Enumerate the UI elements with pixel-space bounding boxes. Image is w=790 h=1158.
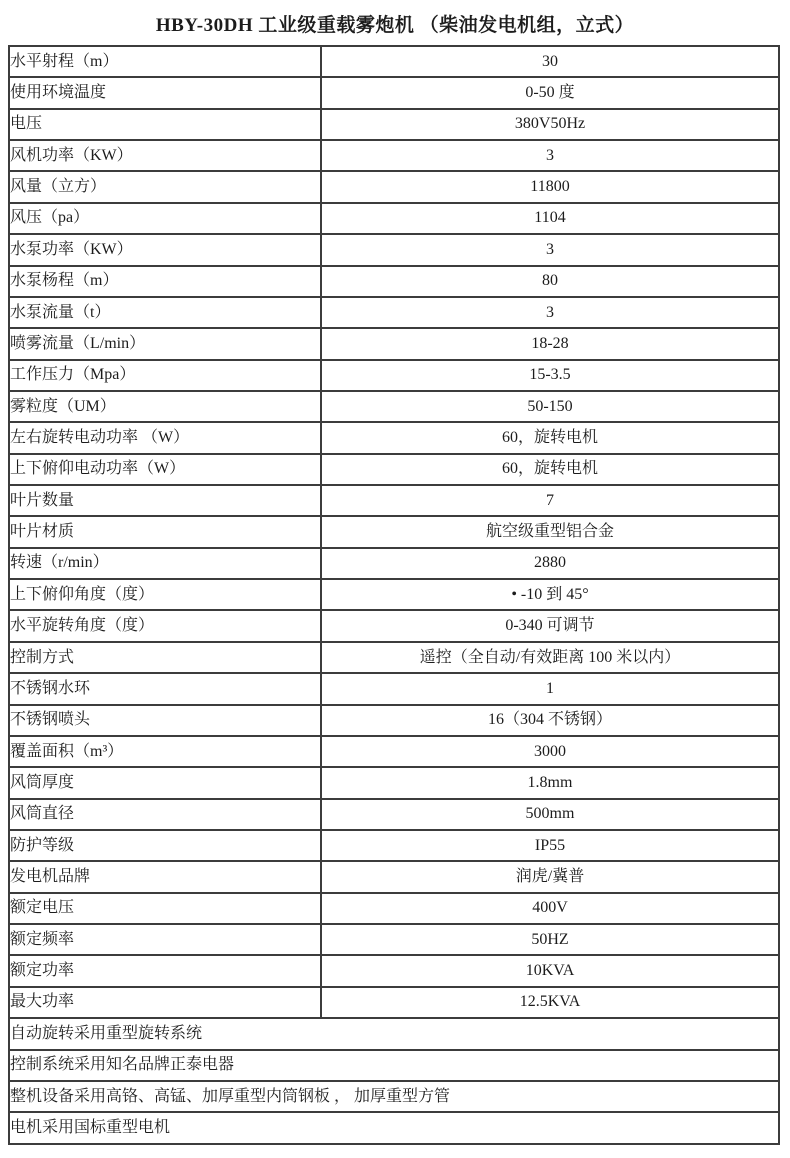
table-row: 防护等级IP55 [9,830,779,861]
spec-value: 15-3.5 [321,360,779,391]
table-row: 水泵流量（t）3 [9,297,779,328]
feature-text: 整机设备采用高铬、高锰、加厚重型内筒钢板 ， 加厚重型方管 [9,1081,779,1112]
table-row: 水平射程（m）30 [9,46,779,77]
spec-label: 喷雾流量（L/min） [9,328,321,359]
feature-text: 电机采用国标重型电机 [9,1112,779,1143]
spec-label: 左右旋转电动功率 （W） [9,422,321,453]
table-row-feature: 控制系统采用知名品牌正泰电器 [9,1050,779,1081]
spec-value: 1.8mm [321,767,779,798]
spec-value: • -10 到 45° [321,579,779,610]
spec-value: 50-150 [321,391,779,422]
spec-value: 11800 [321,171,779,202]
table-row: 上下俯仰角度（度）• -10 到 45° [9,579,779,610]
feature-text: 自动旋转采用重型旋转系统 [9,1018,779,1049]
spec-label: 最大功率 [9,987,321,1018]
spec-value: 遥控（全自动/有效距离 100 米以内） [321,642,779,673]
spec-value: 12.5KVA [321,987,779,1018]
spec-label: 水平旋转角度（度） [9,610,321,641]
spec-value: 润虎/冀普 [321,861,779,892]
spec-label: 水平射程（m） [9,46,321,77]
spec-label: 叶片材质 [9,516,321,547]
spec-label: 风筒厚度 [9,767,321,798]
table-row: 风压（pa）1104 [9,203,779,234]
spec-value: 1104 [321,203,779,234]
spec-value: 400V [321,893,779,924]
spec-value: 50HZ [321,924,779,955]
table-row: 水平旋转角度（度）0-340 可调节 [9,610,779,641]
table-row: 水泵杨程（m）80 [9,266,779,297]
table-row-feature: 自动旋转采用重型旋转系统 [9,1018,779,1049]
table-row: 额定功率10KVA [9,955,779,986]
spec-value: 航空级重型铝合金 [321,516,779,547]
spec-value: 80 [321,266,779,297]
table-row: 雾粒度（UM）50-150 [9,391,779,422]
table-row: 控制方式遥控（全自动/有效距离 100 米以内） [9,642,779,673]
spec-label: 风筒直径 [9,799,321,830]
table-row: 风筒直径500mm [9,799,779,830]
table-row: 发电机品牌润虎/冀普 [9,861,779,892]
spec-label: 控制方式 [9,642,321,673]
spec-table: 水平射程（m）30使用环境温度0-50 度电压380V50Hz风机功率（KW）3… [8,45,780,1145]
spec-label: 额定频率 [9,924,321,955]
spec-value: 60，旋转电机 [321,454,779,485]
spec-value: 3 [321,140,779,171]
spec-label: 发电机品牌 [9,861,321,892]
spec-value: 7 [321,485,779,516]
table-row: 工作压力（Mpa）15-3.5 [9,360,779,391]
spec-label: 水泵功率（KW） [9,234,321,265]
table-row: 不锈钢水环1 [9,673,779,704]
spec-label: 风压（pa） [9,203,321,234]
spec-label: 上下俯仰角度（度） [9,579,321,610]
spec-value: 3 [321,297,779,328]
spec-value: 16（304 不锈钢） [321,705,779,736]
table-row: 额定电压400V [9,893,779,924]
table-row: 风筒厚度1.8mm [9,767,779,798]
spec-label: 覆盖面积（m³） [9,736,321,767]
table-row: 上下俯仰电动功率（W）60，旋转电机 [9,454,779,485]
table-row-feature: 电机采用国标重型电机 [9,1112,779,1143]
spec-value: 30 [321,46,779,77]
spec-value: 3 [321,234,779,265]
table-row: 电压380V50Hz [9,109,779,140]
spec-label: 水泵杨程（m） [9,266,321,297]
table-row: 转速（r/min）2880 [9,548,779,579]
spec-label: 雾粒度（UM） [9,391,321,422]
table-row-feature: 整机设备采用高铬、高锰、加厚重型内筒钢板 ， 加厚重型方管 [9,1081,779,1112]
table-row: 使用环境温度0-50 度 [9,77,779,108]
table-row: 叶片数量7 [9,485,779,516]
spec-label: 叶片数量 [9,485,321,516]
spec-label: 使用环境温度 [9,77,321,108]
table-row: 喷雾流量（L/min）18-28 [9,328,779,359]
feature-text: 控制系统采用知名品牌正泰电器 [9,1050,779,1081]
spec-label: 额定功率 [9,955,321,986]
spec-value: 10KVA [321,955,779,986]
table-row: 最大功率12.5KVA [9,987,779,1018]
spec-label: 额定电压 [9,893,321,924]
table-row: 叶片材质航空级重型铝合金 [9,516,779,547]
spec-value: 0-340 可调节 [321,610,779,641]
spec-label: 不锈钢喷头 [9,705,321,736]
spec-label: 不锈钢水环 [9,673,321,704]
spec-label: 风机功率（KW） [9,140,321,171]
spec-label: 工作压力（Mpa） [9,360,321,391]
spec-label: 水泵流量（t） [9,297,321,328]
table-row: 覆盖面积（m³）3000 [9,736,779,767]
spec-value: IP55 [321,830,779,861]
table-row: 左右旋转电动功率 （W）60，旋转电机 [9,422,779,453]
table-row: 风量（立方）11800 [9,171,779,202]
page-title: HBY-30DH 工业级重载雾炮机 （柴油发电机组，立式） [0,10,790,37]
table-row: 风机功率（KW）3 [9,140,779,171]
spec-value: 380V50Hz [321,109,779,140]
spec-value: 500mm [321,799,779,830]
spec-table-body: 水平射程（m）30使用环境温度0-50 度电压380V50Hz风机功率（KW）3… [9,46,779,1144]
table-row: 额定频率50HZ [9,924,779,955]
spec-label: 风量（立方） [9,171,321,202]
spec-value: 1 [321,673,779,704]
spec-label: 电压 [9,109,321,140]
spec-label: 转速（r/min） [9,548,321,579]
spec-value: 2880 [321,548,779,579]
spec-label: 防护等级 [9,830,321,861]
table-row: 水泵功率（KW）3 [9,234,779,265]
spec-value: 60，旋转电机 [321,422,779,453]
table-row: 不锈钢喷头16（304 不锈钢） [9,705,779,736]
spec-label: 上下俯仰电动功率（W） [9,454,321,485]
spec-value: 18-28 [321,328,779,359]
spec-value: 0-50 度 [321,77,779,108]
spec-value: 3000 [321,736,779,767]
